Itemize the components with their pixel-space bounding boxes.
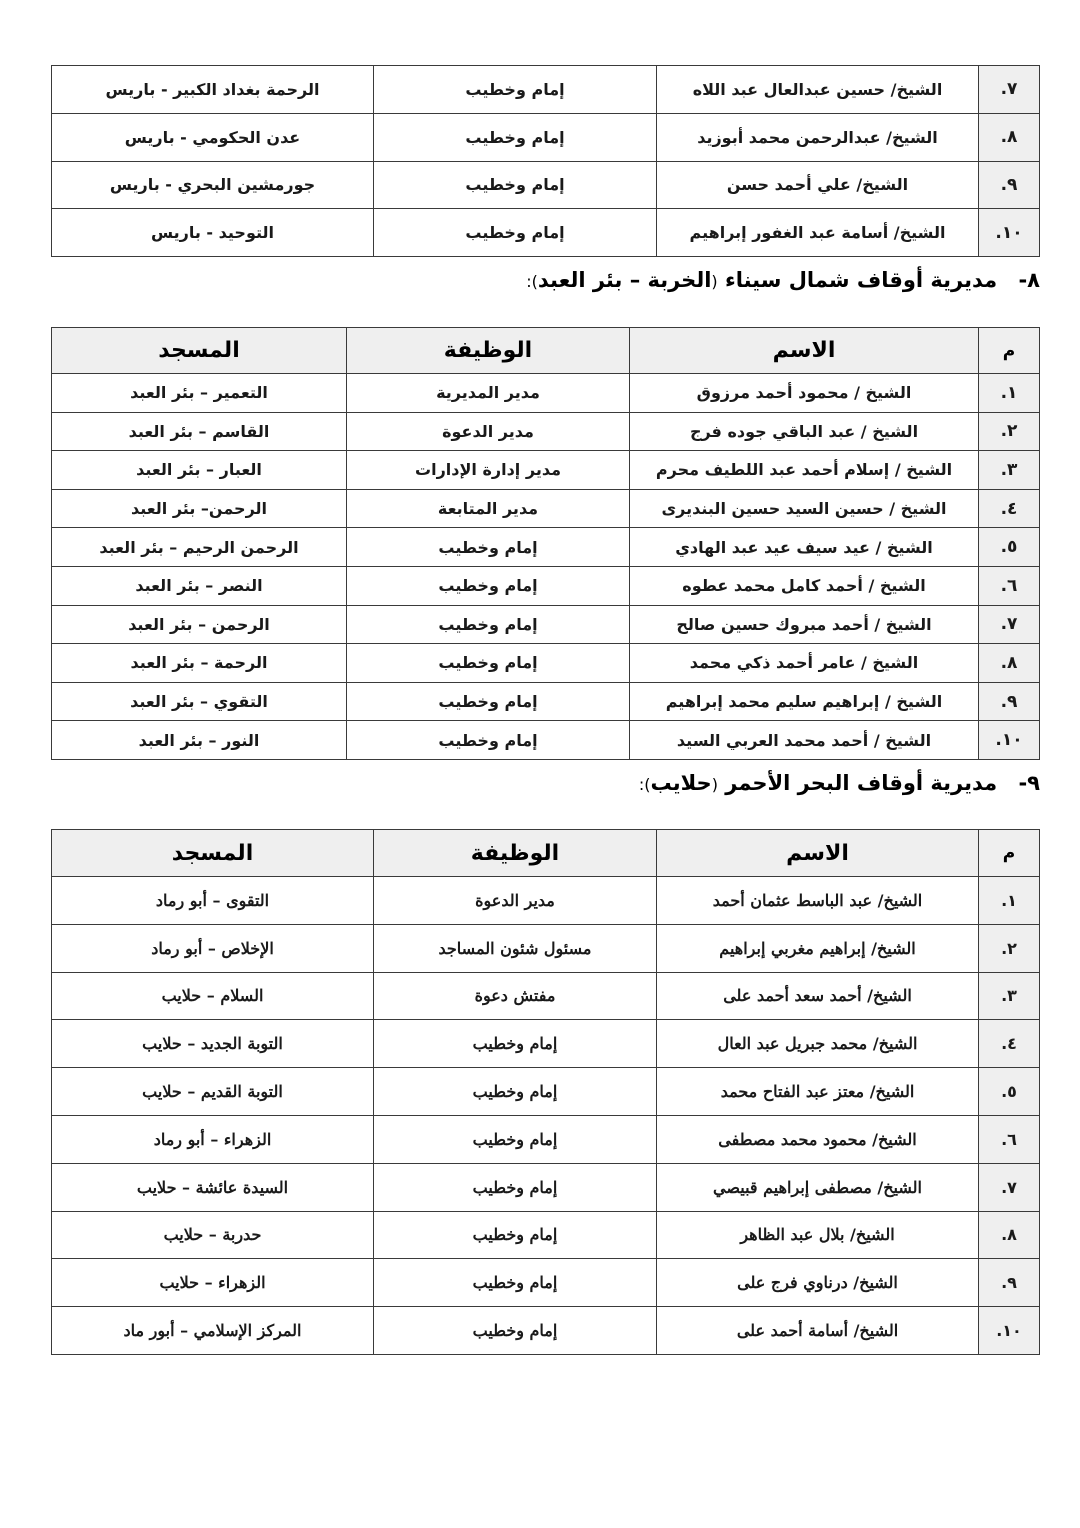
table-row: ٢. الشيخ / عبد الباقي جوده فرج مدير الدع… [52, 412, 1040, 451]
open-paren: ( [712, 775, 718, 794]
name-cell: الشيخ / عامر أحمد ذكي محمد [630, 644, 979, 683]
table-row: ٨. الشيخ/ عبدالرحمن محمد أبوزيد إمام وخط… [52, 113, 1040, 161]
job-cell: إمام وخطيب [374, 1259, 657, 1307]
mosque-cell: الرحمن – بئر العبد [52, 605, 347, 644]
section-heading-north-sinai: ٨- مديرية أوقاف شمال سيناء (الخربة – بئر… [526, 268, 1040, 292]
name-cell: الشيخ / إبراهيم سليم محمد إبراهيم [630, 682, 979, 721]
table-header-row: م الاسم الوظيفة المسجد [52, 328, 1040, 374]
close-paren: ): [639, 775, 651, 794]
job-cell: إمام وخطيب [374, 66, 657, 114]
table-row: ٣. الشيخ / إسلام أحمد عبد اللطيف محرم مد… [52, 451, 1040, 490]
job-cell: إمام وخطيب [374, 1020, 657, 1068]
mosque-cell: التوبة الجديد – حلايب [52, 1020, 374, 1068]
table-row: ١. الشيخ/ عبد الباسط عثمان أحمد مدير الد… [52, 877, 1040, 925]
name-cell: الشيخ/ أسامة أحمد على [657, 1307, 979, 1355]
job-cell: مسئول شئون المساجد [374, 924, 657, 972]
mosque-cell: جورمشين البحري - باريس [52, 161, 374, 209]
row-number: ١٠. [979, 209, 1040, 257]
column-header-job: الوظيفة [374, 830, 657, 877]
row-number: ٤. [979, 489, 1040, 528]
row-number: ١٠. [979, 1307, 1040, 1355]
job-cell: إمام وخطيب [374, 161, 657, 209]
row-number: ٥. [979, 528, 1040, 567]
section-number: ٩- [1018, 771, 1040, 795]
mosque-cell: التوبة القديم – حلايب [52, 1068, 374, 1116]
job-cell: مدير الدعوة [374, 877, 657, 925]
job-cell: إمام وخطيب [347, 721, 630, 760]
name-cell: الشيخ / حسين السيد حسين البنديرى [630, 489, 979, 528]
job-cell: إمام وخطيب [374, 1068, 657, 1116]
row-number: ٩. [979, 682, 1040, 721]
table-row: ٢. الشيخ/ إبراهيم مغربي إبراهيم مسئول شئ… [52, 924, 1040, 972]
table-row: ٥. الشيخ / عيد سيف عيد عبد الهادي إمام و… [52, 528, 1040, 567]
column-header-name: الاسم [657, 830, 979, 877]
section-title: مديرية أوقاف البحر الأحمر [725, 771, 997, 795]
table-row: ٩. الشيخ/ درناوي فرج على إمام وخطيب الزه… [52, 1259, 1040, 1307]
mosque-cell: العبار – بئر العبد [52, 451, 347, 490]
table-row: ١٠. الشيخ/ أسامة أحمد على إمام وخطيب الم… [52, 1307, 1040, 1355]
table-row: ١. الشيخ / محمود أحمد مرزوق مدير المديري… [52, 374, 1040, 413]
mosque-cell: التقوي – بئر العبد [52, 682, 347, 721]
section-heading-red-sea: ٩- مديرية أوقاف البحر الأحمر (حلايب): [639, 771, 1040, 795]
mosque-cell: السيدة عائشة – حلايب [52, 1163, 374, 1211]
mosque-cell: النور – بئر العبد [52, 721, 347, 760]
table-row: ٥. الشيخ/ معتز عبد الفتاح محمد إمام وخطي… [52, 1068, 1040, 1116]
job-cell: إمام وخطيب [347, 566, 630, 605]
mosque-cell: السلام – حلايب [52, 972, 374, 1020]
mosque-cell: التقوى – أبو رماد [52, 877, 374, 925]
job-cell: مدير المتابعة [347, 489, 630, 528]
row-number: ٩. [979, 161, 1040, 209]
table-section-9: م الاسم الوظيفة المسجد ١. الشيخ/ عبد الب… [51, 829, 1040, 1355]
section-subtitle: حلايب [650, 771, 711, 795]
table-row: ٧. الشيخ/ حسين عبدالعال عبد اللاه إمام و… [52, 66, 1040, 114]
name-cell: الشيخ / أحمد كامل محمد عطوه [630, 566, 979, 605]
row-number: ١. [979, 877, 1040, 925]
table-row: ٩. الشيخ/ علي أحمد حسن إمام وخطيب جورمشي… [52, 161, 1040, 209]
name-cell: الشيخ/ أحمد سعد أحمد على [657, 972, 979, 1020]
name-cell: الشيخ / أحمد محمد العربي السيد [630, 721, 979, 760]
mosque-cell: الزهراء – أبو رماد [52, 1115, 374, 1163]
table-row: ٨. الشيخ/ بلال عبد الظاهر إمام وخطيب حدر… [52, 1211, 1040, 1259]
row-number: ٧. [979, 605, 1040, 644]
table-header-row: م الاسم الوظيفة المسجد [52, 830, 1040, 877]
row-number: ٥. [979, 1068, 1040, 1116]
row-number: ١. [979, 374, 1040, 413]
section-subtitle: الخربة – بئر العبد [538, 268, 712, 292]
close-paren: ): [526, 272, 538, 291]
mosque-cell: القاسم – بئر العبد [52, 412, 347, 451]
job-cell: مدير الدعوة [347, 412, 630, 451]
row-number: ٧. [979, 66, 1040, 114]
job-cell: إمام وخطيب [374, 1211, 657, 1259]
row-number: ٢. [979, 412, 1040, 451]
table-row: ١٠. الشيخ/ أسامة عبد الغفور إبراهيم إمام… [52, 209, 1040, 257]
name-cell: الشيخ/ درناوي فرج على [657, 1259, 979, 1307]
row-number: ٢. [979, 924, 1040, 972]
job-cell: إمام وخطيب [374, 209, 657, 257]
mosque-cell: الرحمن الرحيم – بئر العبد [52, 528, 347, 567]
row-number: ٤. [979, 1020, 1040, 1068]
job-cell: إمام وخطيب [347, 644, 630, 683]
mosque-cell: حدربة – حلايب [52, 1211, 374, 1259]
row-number: ٣. [979, 451, 1040, 490]
job-cell: إمام وخطيب [374, 1307, 657, 1355]
name-cell: الشيخ/ عبدالرحمن محمد أبوزيد [657, 113, 979, 161]
table-section-8: م الاسم الوظيفة المسجد ١. الشيخ / محمود … [51, 327, 1040, 760]
row-number: ٦. [979, 1115, 1040, 1163]
row-number: ٨. [979, 113, 1040, 161]
section-number: ٨- [1018, 268, 1040, 292]
job-cell: إمام وخطيب [374, 1115, 657, 1163]
table-row: ٦. الشيخ/ محمود محمد مصطفى إمام وخطيب ال… [52, 1115, 1040, 1163]
mosque-cell: الرحمن– بئر العبد [52, 489, 347, 528]
column-header-number: م [979, 830, 1040, 877]
job-cell: مدير إدارة الإدارات [347, 451, 630, 490]
column-header-number: م [979, 328, 1040, 374]
row-number: ٦. [979, 566, 1040, 605]
name-cell: الشيخ/ بلال عبد الظاهر [657, 1211, 979, 1259]
mosque-cell: الرحمة بغداد الكبير - باريس [52, 66, 374, 114]
name-cell: الشيخ/ علي أحمد حسن [657, 161, 979, 209]
name-cell: الشيخ / إسلام أحمد عبد اللطيف محرم [630, 451, 979, 490]
table-row: ٧. الشيخ/ مصطفى إبراهيم قبيصي إمام وخطيب… [52, 1163, 1040, 1211]
row-number: ٨. [979, 644, 1040, 683]
job-cell: إمام وخطيب [347, 605, 630, 644]
name-cell: الشيخ/ عبد الباسط عثمان أحمد [657, 877, 979, 925]
job-cell: مفتش دعوة [374, 972, 657, 1020]
name-cell: الشيخ/ معتز عبد الفتاح محمد [657, 1068, 979, 1116]
column-header-job: الوظيفة [347, 328, 630, 374]
mosque-cell: عدن الحكومي - باريس [52, 113, 374, 161]
table-row: ٧. الشيخ / أحمد مبروك حسين صالح إمام وخط… [52, 605, 1040, 644]
table-row: ٤. الشيخ/ محمد جبريل عبد العال إمام وخطي… [52, 1020, 1040, 1068]
job-cell: إمام وخطيب [374, 1163, 657, 1211]
mosque-cell: التوحيد - باريس [52, 209, 374, 257]
row-number: ١٠. [979, 721, 1040, 760]
name-cell: الشيخ / عيد سيف عيد عبد الهادي [630, 528, 979, 567]
column-header-mosque: المسجد [52, 328, 347, 374]
mosque-cell: الزهراء – حلايب [52, 1259, 374, 1307]
table-row: ١٠. الشيخ / أحمد محمد العربي السيد إمام … [52, 721, 1040, 760]
row-number: ٣. [979, 972, 1040, 1020]
mosque-cell: المركز الإسلامي – أبور ماد [52, 1307, 374, 1355]
section-title: مديرية أوقاف شمال سيناء [725, 268, 997, 292]
job-cell: إمام وخطيب [374, 113, 657, 161]
name-cell: الشيخ/ محمود محمد مصطفى [657, 1115, 979, 1163]
mosque-cell: الإخلاص – أبو رماد [52, 924, 374, 972]
job-cell: إمام وخطيب [347, 528, 630, 567]
table-row: ٤. الشيخ / حسين السيد حسين البنديرى مدير… [52, 489, 1040, 528]
column-header-mosque: المسجد [52, 830, 374, 877]
table-row: ٨. الشيخ / عامر أحمد ذكي محمد إمام وخطيب… [52, 644, 1040, 683]
name-cell: الشيخ / أحمد مبروك حسين صالح [630, 605, 979, 644]
table-row: ٣. الشيخ/ أحمد سعد أحمد على مفتش دعوة ال… [52, 972, 1040, 1020]
table-section-7-continued: ٧. الشيخ/ حسين عبدالعال عبد اللاه إمام و… [51, 65, 1040, 257]
name-cell: الشيخ / محمود أحمد مرزوق [630, 374, 979, 413]
row-number: ٨. [979, 1211, 1040, 1259]
job-cell: مدير المديرية [347, 374, 630, 413]
mosque-cell: النصر – بئر العبد [52, 566, 347, 605]
mosque-cell: التعمير – بئر العبد [52, 374, 347, 413]
name-cell: الشيخ / عبد الباقي جوده فرج [630, 412, 979, 451]
name-cell: الشيخ/ حسين عبدالعال عبد اللاه [657, 66, 979, 114]
table-row: ٩. الشيخ / إبراهيم سليم محمد إبراهيم إما… [52, 682, 1040, 721]
column-header-name: الاسم [630, 328, 979, 374]
row-number: ٩. [979, 1259, 1040, 1307]
table-row: ٦. الشيخ / أحمد كامل محمد عطوه إمام وخطي… [52, 566, 1040, 605]
name-cell: الشيخ/ أسامة عبد الغفور إبراهيم [657, 209, 979, 257]
row-number: ٧. [979, 1163, 1040, 1211]
job-cell: إمام وخطيب [347, 682, 630, 721]
name-cell: الشيخ/ محمد جبريل عبد العال [657, 1020, 979, 1068]
name-cell: الشيخ/ مصطفى إبراهيم قبيصي [657, 1163, 979, 1211]
mosque-cell: الرحمة – بئر العبد [52, 644, 347, 683]
open-paren: ( [711, 272, 717, 291]
name-cell: الشيخ/ إبراهيم مغربي إبراهيم [657, 924, 979, 972]
